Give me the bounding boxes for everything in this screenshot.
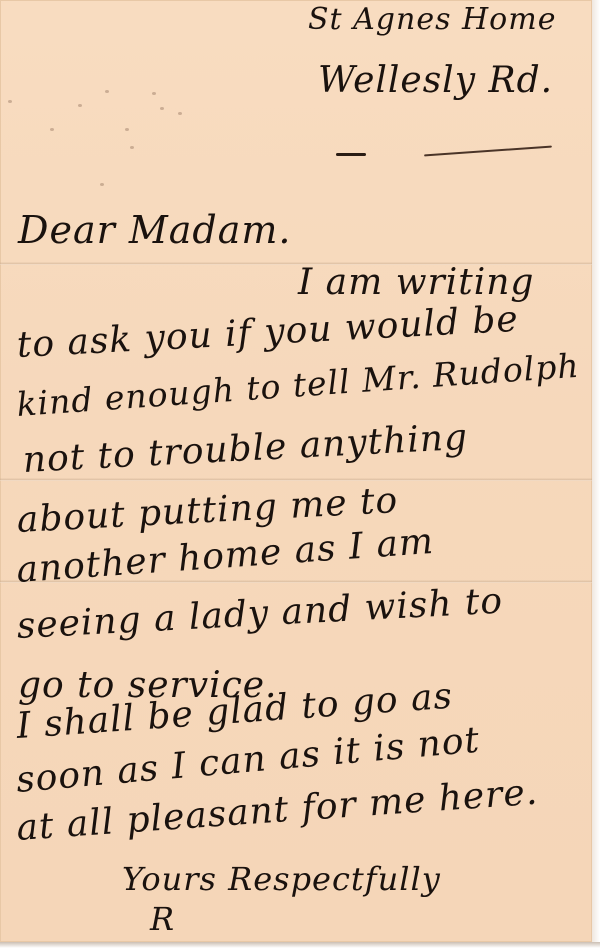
underline-rule xyxy=(424,146,552,157)
signature: R xyxy=(150,900,175,938)
letter-line-1: I am writing xyxy=(298,262,534,303)
salutation: Dear Madam. xyxy=(18,208,292,252)
letter-line-4: not to trouble anything xyxy=(22,417,469,481)
address-line-1: St Agnes Home xyxy=(308,2,556,37)
scan-edge-right xyxy=(592,0,600,948)
letter-line-7: seeing a lady and wish to xyxy=(16,581,504,647)
dash-rule xyxy=(336,153,366,156)
letter-paper: St Agnes Home Wellesly Rd. Dear Madam. I… xyxy=(0,0,592,942)
paper-fold xyxy=(0,478,592,481)
closing: Yours Respectfully xyxy=(122,860,441,898)
scan-edge-bottom xyxy=(0,942,600,948)
address-line-2: Wellesly Rd. xyxy=(318,60,553,101)
